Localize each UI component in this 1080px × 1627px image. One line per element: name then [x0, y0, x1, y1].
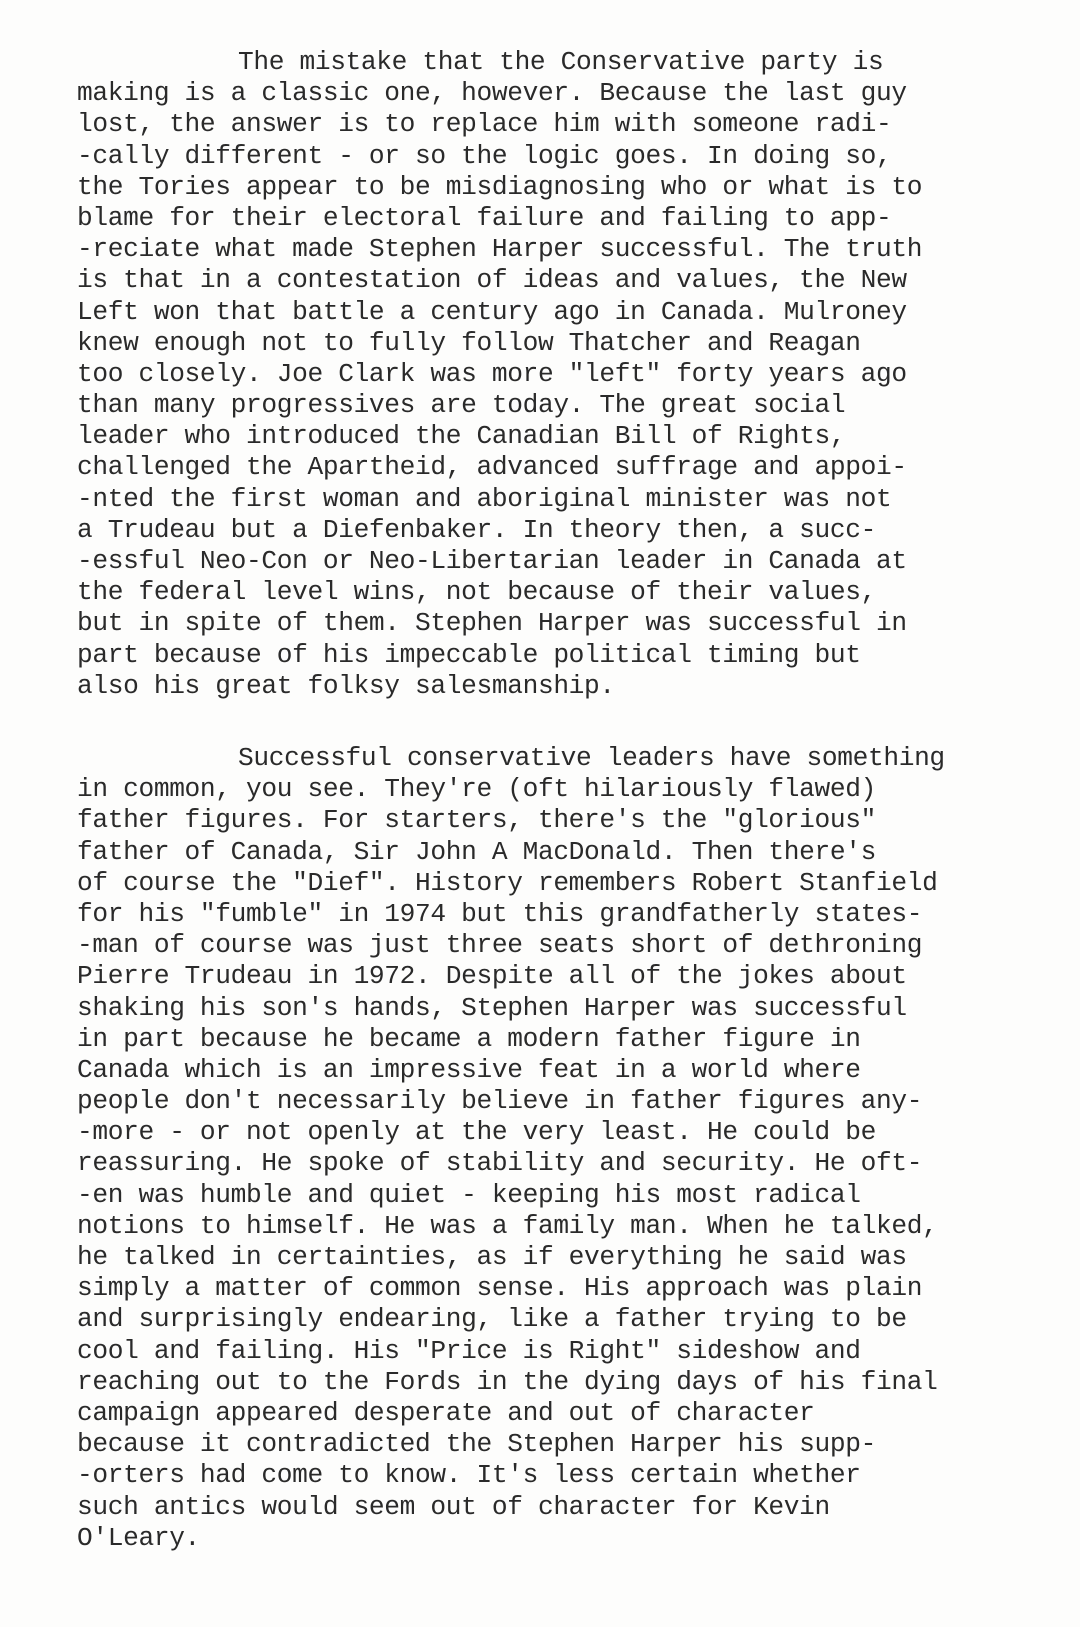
paragraph-line: Canada which is an impressive feat in a …: [77, 1055, 945, 1086]
paragraph-line: making is a classic one, however. Becaus…: [77, 78, 922, 109]
paragraph-line: cool and failing. His "Price is Right" s…: [77, 1336, 945, 1367]
paragraph-line: people don't necessarily believe in fath…: [77, 1086, 945, 1117]
paragraph-line: too closely. Joe Clark was more "left" f…: [77, 359, 922, 390]
paragraph-line: father of Canada, Sir John A MacDonald. …: [77, 837, 945, 868]
paragraph-line: such antics would seem out of character …: [77, 1492, 945, 1523]
paragraph-line: simply a matter of common sense. His app…: [77, 1273, 945, 1304]
paragraph-line: part because of his impeccable political…: [77, 640, 922, 671]
paragraph-line: and surprisingly endearing, like a fathe…: [77, 1304, 945, 1335]
paragraph-line: blame for their electoral failure and fa…: [77, 203, 922, 234]
paragraph-line: -essful Neo-Con or Neo-Libertarian leade…: [77, 546, 922, 577]
paragraph-line: lost, the answer is to replace him with …: [77, 109, 922, 140]
paragraph-line: than many progressives are today. The gr…: [77, 390, 922, 421]
paragraph-line: reaching out to the Fords in the dying d…: [77, 1367, 945, 1398]
paragraph-line: in common, you see. They're (oft hilario…: [77, 774, 945, 805]
paragraph-line: Left won that battle a century ago in Ca…: [77, 297, 922, 328]
paragraph-line: reassuring. He spoke of stability and se…: [77, 1148, 945, 1179]
paragraph-line: also his great folksy salesmanship.: [77, 671, 922, 702]
paragraph-line: -nted the first woman and aboriginal min…: [77, 484, 922, 515]
paragraph-line: the Tories appear to be misdiagnosing wh…: [77, 172, 922, 203]
paragraph-line: is that in a contestation of ideas and v…: [77, 265, 922, 296]
paragraph-line: -cally different - or so the logic goes.…: [77, 141, 922, 172]
paragraph-line: knew enough not to fully follow Thatcher…: [77, 328, 922, 359]
paragraph-line: the federal level wins, not because of t…: [77, 577, 922, 608]
paragraph-line: -more - or not openly at the very least.…: [77, 1117, 945, 1148]
paragraph-line: but in spite of them. Stephen Harper was…: [77, 608, 922, 639]
paragraph-line: -man of course was just three seats shor…: [77, 930, 945, 961]
paragraph-1: The mistake that the Conservative party …: [77, 47, 922, 702]
paragraph-line: Pierre Trudeau in 1972. Despite all of t…: [77, 961, 945, 992]
paragraph-line: -en was humble and quiet - keeping his m…: [77, 1180, 945, 1211]
paragraph-line: notions to himself. He was a family man.…: [77, 1211, 945, 1242]
paragraph-line: campaign appeared desperate and out of c…: [77, 1398, 945, 1429]
paragraph-line: -reciate what made Stephen Harper succes…: [77, 234, 922, 265]
paragraph-first-line: Successful conservative leaders have som…: [77, 743, 945, 774]
paragraph-line: because it contradicted the Stephen Harp…: [77, 1429, 945, 1460]
paragraph-line: shaking his son's hands, Stephen Harper …: [77, 993, 945, 1024]
paragraph-line: leader who introduced the Canadian Bill …: [77, 421, 922, 452]
paragraph-line: father figures. For starters, there's th…: [77, 805, 945, 836]
paragraph-line: a Trudeau but a Diefenbaker. In theory t…: [77, 515, 922, 546]
paragraph-line: -orters had come to know. It's less cert…: [77, 1460, 945, 1491]
paragraph-2: Successful conservative leaders have som…: [77, 743, 945, 1554]
paragraph-line: he talked in certainties, as if everythi…: [77, 1242, 945, 1273]
paragraph-first-line: The mistake that the Conservative party …: [77, 47, 922, 78]
typewritten-page: The mistake that the Conservative party …: [0, 0, 1080, 1627]
paragraph-line: of course the "Dief". History remembers …: [77, 868, 945, 899]
paragraph-line: for his "fumble" in 1974 but this grandf…: [77, 899, 945, 930]
paragraph-line: O'Leary.: [77, 1523, 945, 1554]
paragraph-line: challenged the Apartheid, advanced suffr…: [77, 452, 922, 483]
paragraph-line: in part because he became a modern fathe…: [77, 1024, 945, 1055]
